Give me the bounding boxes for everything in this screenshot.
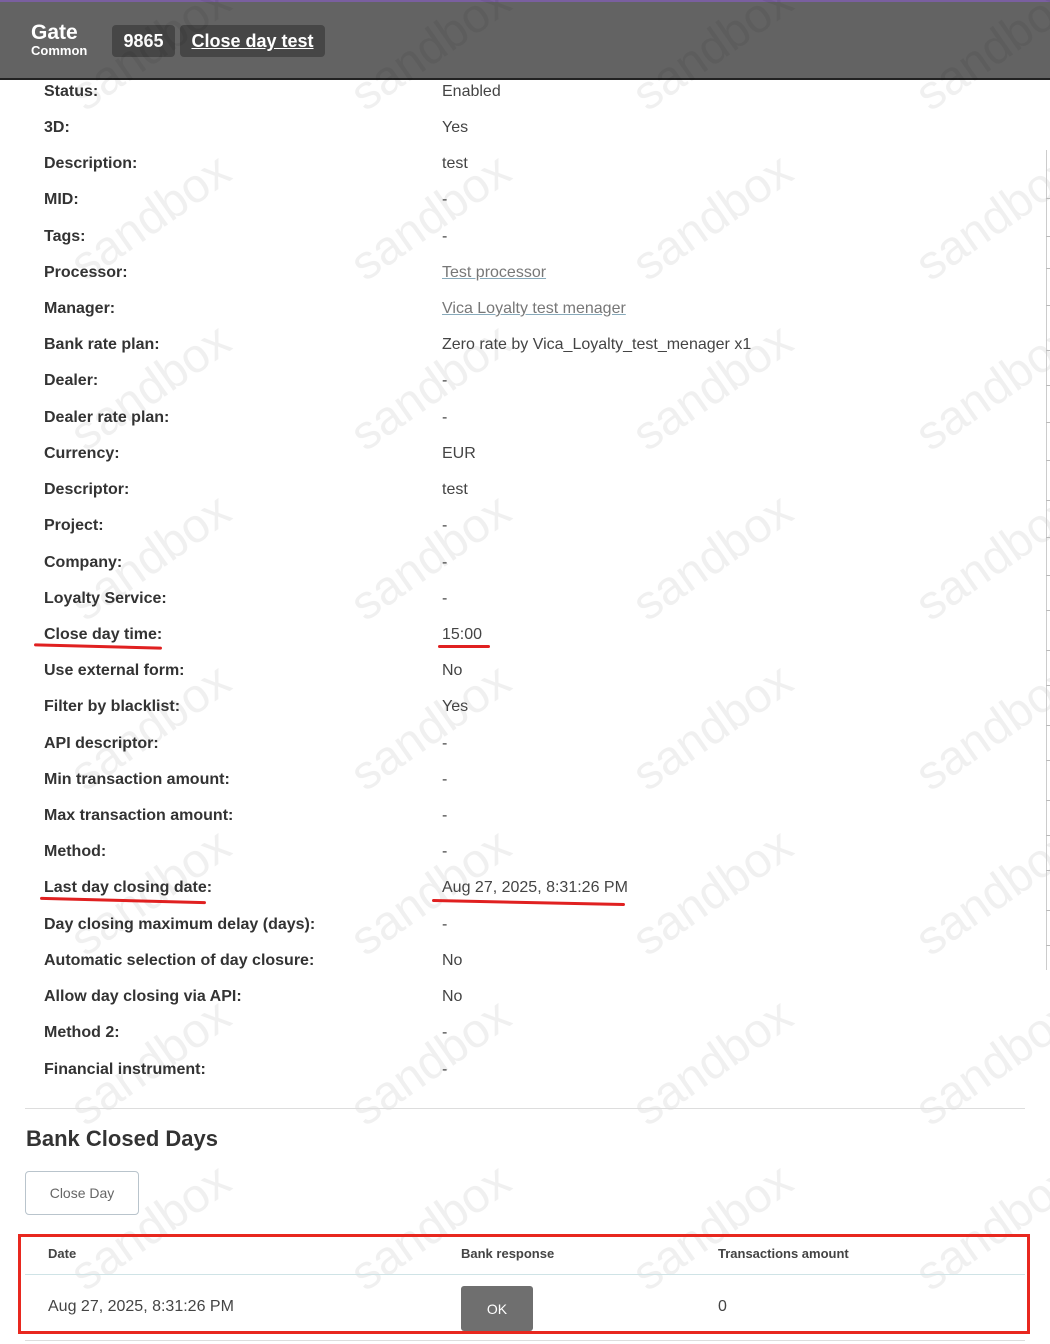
detail-label: Loyalty Service: — [44, 590, 167, 608]
section-divider — [25, 1108, 1025, 1109]
detail-value: No — [442, 988, 462, 1006]
detail-value: - — [442, 916, 447, 934]
detail-value: Enabled — [442, 83, 501, 101]
detail-label: Bank rate plan: — [44, 336, 160, 354]
detail-row: Method 2:- — [0, 1021, 1000, 1057]
detail-label: API descriptor: — [44, 735, 159, 753]
detail-value: - — [442, 409, 447, 427]
side-panel-tick — [1046, 835, 1050, 836]
side-panel-tick — [1046, 422, 1050, 423]
cell-date: Aug 27, 2025, 8:31:26 PM — [48, 1298, 234, 1316]
close-day-button[interactable]: Close Day — [25, 1171, 139, 1215]
column-header-transactions-amount[interactable]: Transactions amount — [718, 1246, 849, 1261]
detail-value: No — [442, 662, 462, 680]
detail-row: Use external form:No — [0, 659, 1000, 695]
detail-label: Filter by blacklist: — [44, 698, 180, 716]
gate-name-link[interactable]: Close day test — [180, 25, 325, 57]
detail-row: Loyalty Service:- — [0, 587, 1000, 623]
detail-row: Processor:Test processor — [0, 261, 1000, 297]
side-panel-tick — [1046, 610, 1050, 611]
side-panel-tick — [1046, 537, 1050, 538]
brand-subtitle: Common — [31, 44, 87, 58]
side-panel-tick — [1046, 910, 1050, 911]
detail-label: Company: — [44, 554, 122, 572]
detail-row: Filter by blacklist:Yes — [0, 695, 1000, 731]
detail-label: Close day time: — [44, 626, 162, 644]
side-panel-tick — [1046, 236, 1050, 237]
detail-value: test — [442, 155, 468, 173]
detail-row: Automatic selection of day closure:No — [0, 949, 1000, 985]
detail-value: - — [442, 1061, 447, 1079]
detail-label: 3D: — [44, 119, 70, 137]
detail-label: Min transaction amount: — [44, 771, 230, 789]
side-panel-tick — [1046, 305, 1050, 306]
detail-value-link[interactable]: Test processor — [442, 264, 546, 282]
detail-label: Dealer rate plan: — [44, 409, 169, 427]
brand-logo[interactable]: Gate Common — [31, 22, 87, 58]
detail-row: Max transaction amount:- — [0, 804, 1000, 840]
detail-value: 15:00 — [442, 626, 482, 644]
detail-value: - — [442, 735, 447, 753]
detail-row: Last day closing date:Aug 27, 2025, 8:31… — [0, 876, 1000, 912]
detail-label: Status: — [44, 83, 98, 101]
side-panel-tick — [1046, 870, 1050, 871]
detail-value: Aug 27, 2025, 8:31:26 PM — [442, 879, 628, 897]
detail-value: test — [442, 481, 468, 499]
detail-row: Tags:- — [0, 225, 1000, 261]
detail-row: Bank rate plan:Zero rate by Vica_Loyalty… — [0, 333, 1000, 369]
detail-value: EUR — [442, 445, 476, 463]
detail-row: Description:test — [0, 152, 1000, 188]
detail-value: - — [442, 372, 447, 390]
detail-label: Descriptor: — [44, 481, 129, 499]
detail-label: Manager: — [44, 300, 115, 318]
column-header-bank-response[interactable]: Bank response — [461, 1246, 554, 1261]
detail-label: Use external form: — [44, 662, 185, 680]
side-panel-tick — [1046, 385, 1050, 386]
detail-label: Method: — [44, 843, 106, 861]
detail-row: Company:- — [0, 551, 1000, 587]
side-panel-tick — [1046, 500, 1050, 501]
detail-value: - — [442, 1024, 447, 1042]
side-panel-tick — [1046, 945, 1050, 946]
detail-row: 3D:Yes — [0, 116, 1000, 152]
detail-label: Financial instrument: — [44, 1061, 206, 1079]
table-header-divider — [25, 1274, 1025, 1275]
detail-label: Automatic selection of day closure: — [44, 952, 314, 970]
annotation-underline — [438, 645, 490, 648]
detail-row: Status:Enabled — [0, 80, 1000, 116]
detail-value-link[interactable]: Vica Loyalty test menager — [442, 300, 626, 318]
detail-row: Dealer rate plan:- — [0, 406, 1000, 442]
detail-label: MID: — [44, 191, 79, 209]
detail-label: Last day closing date: — [44, 879, 212, 897]
detail-row: Close day time:15:00 — [0, 623, 1000, 659]
detail-row: API descriptor:- — [0, 732, 1000, 768]
detail-row: Manager:Vica Loyalty test menager — [0, 297, 1000, 333]
detail-label: Method 2: — [44, 1024, 120, 1042]
side-panel-tick — [1046, 350, 1050, 351]
detail-value: - — [442, 771, 447, 789]
bank-closed-days-title: Bank Closed Days — [26, 1126, 218, 1152]
detail-row: Method:- — [0, 840, 1000, 876]
detail-row: Min transaction amount:- — [0, 768, 1000, 804]
gate-id-badge: 9865 — [112, 25, 175, 57]
bank-response-ok-button[interactable]: OK — [461, 1286, 533, 1331]
table-bottom-divider — [25, 1340, 1025, 1341]
detail-row: Dealer:- — [0, 369, 1000, 405]
side-panel-tick — [1046, 575, 1050, 576]
side-panel-tick — [1046, 650, 1050, 651]
detail-row: Financial instrument:- — [0, 1058, 1000, 1094]
detail-value: - — [442, 191, 447, 209]
detail-value: - — [442, 843, 447, 861]
detail-value: - — [442, 228, 447, 246]
detail-label: Allow day closing via API: — [44, 988, 242, 1006]
side-panel-tick — [1046, 460, 1050, 461]
detail-value: Yes — [442, 119, 468, 137]
side-panel-tick — [1046, 198, 1050, 199]
detail-label: Currency: — [44, 445, 120, 463]
detail-label: Max transaction amount: — [44, 807, 233, 825]
detail-row: Descriptor:test — [0, 478, 1000, 514]
detail-label: Day closing maximum delay (days): — [44, 916, 315, 934]
detail-row: Allow day closing via API:No — [0, 985, 1000, 1021]
side-panel-tick — [1046, 685, 1050, 686]
side-panel-tick — [1046, 725, 1050, 726]
detail-value: - — [442, 554, 447, 572]
brand-name: Gate — [31, 22, 87, 44]
detail-value: - — [442, 807, 447, 825]
detail-value: No — [442, 952, 462, 970]
detail-label: Project: — [44, 517, 104, 535]
cell-transactions-amount: 0 — [718, 1298, 727, 1316]
detail-label: Description: — [44, 155, 137, 173]
detail-value: Zero rate by Vica_Loyalty_test_menager x… — [442, 336, 751, 354]
detail-row: Day closing maximum delay (days):- — [0, 913, 1000, 949]
side-panel-tick — [1046, 800, 1050, 801]
detail-row: MID:- — [0, 188, 1000, 224]
detail-label: Tags: — [44, 228, 85, 246]
side-panel-tick — [1046, 268, 1050, 269]
top-bar: Gate Common 9865 Close day test — [0, 0, 1050, 80]
detail-value: - — [442, 590, 447, 608]
detail-label: Processor: — [44, 264, 128, 282]
detail-value: - — [442, 517, 447, 535]
detail-label: Dealer: — [44, 372, 98, 390]
side-panel-tick — [1046, 760, 1050, 761]
column-header-date[interactable]: Date — [48, 1246, 76, 1261]
detail-row: Currency:EUR — [0, 442, 1000, 478]
side-panel-edge — [1046, 150, 1050, 970]
detail-value: Yes — [442, 698, 468, 716]
detail-row: Project:- — [0, 514, 1000, 550]
